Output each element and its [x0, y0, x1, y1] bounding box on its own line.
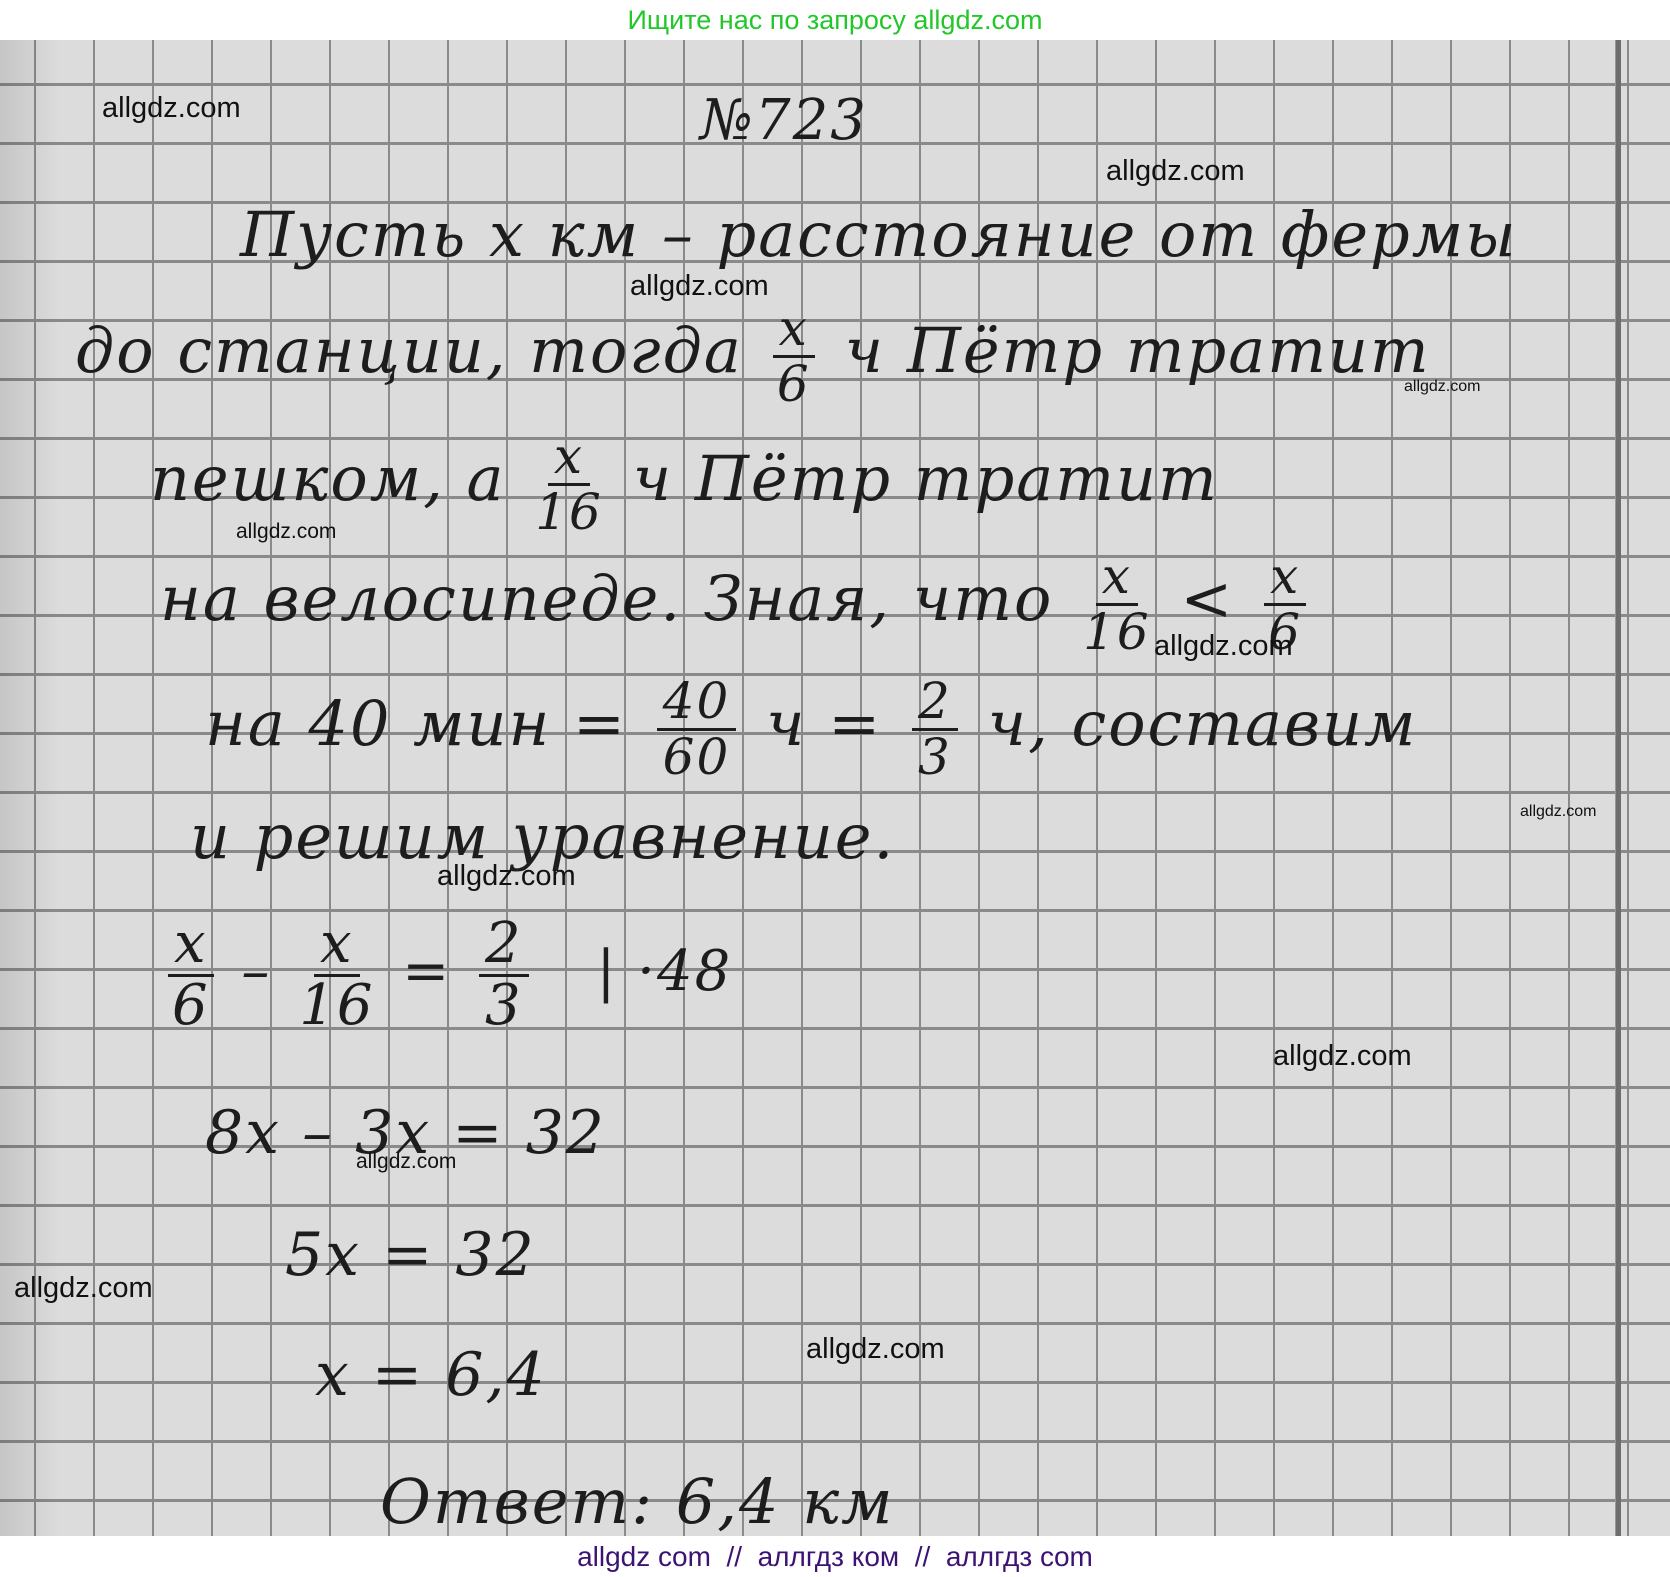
- fraction-numerator: x: [548, 430, 590, 486]
- fraction-numerator: 2: [912, 675, 958, 731]
- solution-line-2: до станции, тогда x 6 ч Пётр тратит: [75, 302, 1431, 410]
- solution-line-4: на велосипеде. Зная, что x 16 < x 6: [160, 550, 1314, 658]
- fraction: 40 60: [657, 675, 737, 783]
- line-5-text-c: ч, составим: [988, 687, 1418, 760]
- fraction-denominator: 6: [172, 977, 210, 1036]
- fraction-numerator: x: [1096, 550, 1138, 606]
- problem-number: №723: [700, 88, 868, 153]
- line-2-text-b: ч Пётр тратит: [845, 314, 1431, 387]
- watermark: allgdz.com: [14, 1272, 153, 1305]
- fraction-numerator: x: [314, 915, 360, 977]
- line-5-text-a: на 40 мин =: [205, 687, 627, 760]
- bottom-banner: allgdz com // аллгдз ком // аллгдз com: [0, 1536, 1670, 1577]
- fraction: x 6: [168, 915, 214, 1036]
- watermark: allgdz.com: [356, 1150, 456, 1174]
- fraction-numerator: x: [168, 915, 214, 977]
- watermark: allgdz.com: [806, 1333, 945, 1366]
- equals-sign: =: [402, 939, 451, 1004]
- line-5-text-b: ч =: [766, 687, 882, 760]
- watermark: allgdz.com: [1106, 155, 1245, 188]
- watermark: allgdz.com: [1520, 803, 1596, 821]
- watermark: allgdz.com: [102, 92, 241, 125]
- fraction-numerator: x: [1264, 550, 1306, 606]
- watermark: allgdz.com: [236, 520, 336, 544]
- notebook-page: №723 Пусть x км – расстояние от фермы до…: [0, 40, 1670, 1536]
- equation-1: x 6 – x 16 = 2 3 | ·48: [160, 915, 732, 1036]
- minus-sign: –: [241, 939, 271, 1004]
- margin-line: [1615, 40, 1621, 1536]
- fraction-denominator: 16: [535, 486, 603, 539]
- watermark: allgdz.com: [630, 270, 769, 303]
- less-than-sign: <: [1180, 562, 1234, 635]
- fraction: x 16: [299, 915, 374, 1036]
- fraction: 2 3: [479, 915, 529, 1036]
- line-4-text-a: на велосипеде. Зная, что: [160, 562, 1053, 635]
- watermark: allgdz.com: [437, 860, 576, 893]
- fraction-numerator: x: [773, 302, 815, 358]
- fraction-denominator: 16: [1083, 606, 1151, 659]
- fraction-denominator: 60: [663, 731, 731, 784]
- watermark: allgdz.com: [1154, 630, 1293, 663]
- fraction-denominator: 3: [485, 977, 523, 1036]
- line-2-text-a: до станции, тогда: [75, 314, 743, 387]
- fraction: x 16: [1083, 550, 1151, 658]
- watermark: allgdz.com: [1404, 378, 1480, 396]
- multiplier-note: | ·48: [596, 939, 732, 1004]
- equation-4: x = 6,4: [315, 1340, 547, 1410]
- watermark: allgdz.com: [1273, 1040, 1412, 1073]
- fraction-denominator: 6: [777, 358, 811, 411]
- solution-line-5: на 40 мин = 40 60 ч = 2 3 ч, составим: [205, 675, 1417, 783]
- fraction: x 16: [535, 430, 603, 538]
- line-3-text-a: пешком, а: [150, 442, 506, 515]
- answer-line: Ответ: 6,4 км: [380, 1465, 895, 1536]
- line-3-text-b: ч Пётр тратит: [633, 442, 1219, 515]
- equation-3: 5x = 32: [285, 1220, 536, 1290]
- fraction-denominator: 16: [299, 977, 374, 1036]
- solution-line-1: Пусть x км – расстояние от фермы: [240, 198, 1518, 271]
- fraction-denominator: 3: [918, 731, 952, 784]
- fraction: 2 3: [912, 675, 958, 783]
- fraction-numerator: 40: [657, 675, 737, 731]
- fraction-numerator: 2: [479, 915, 529, 977]
- top-banner: Ищите нас по запросу allgdz.com: [0, 0, 1670, 40]
- fraction: x 6: [773, 302, 815, 410]
